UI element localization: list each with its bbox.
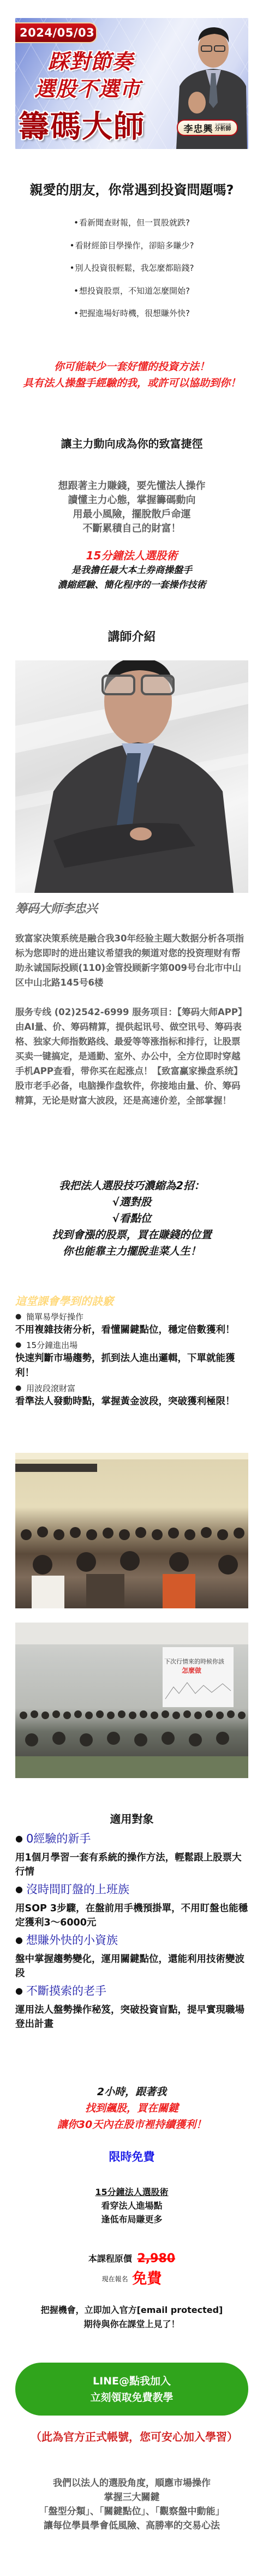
audience-item-label: ● 不斷摸索的老手 [15, 1982, 248, 2000]
skill-line: 是我擔任最大本土券商操盤手 [15, 563, 248, 578]
intro-question: 想投資股票，不知道怎麼開始? [15, 285, 248, 296]
two-moves-line: √看點位 [15, 1211, 248, 1227]
bullet-icon: ● [15, 1982, 26, 2000]
closing-line: 「盤型分類」、「關鍵點位」、「觀察盤中動能」 [15, 2505, 248, 2519]
price-block: 本課程原價 2,980 現在報名 免費 [15, 2252, 248, 2288]
original-price-row: 本課程原價 2,980 [15, 2252, 248, 2265]
audience-item-title: 想賺外快的小資族 [26, 1931, 118, 1949]
date-badge: 2024/05/03 [15, 22, 97, 43]
teacher-caption: 筹码大师李忠兴 [15, 899, 248, 916]
screen-title: 下次行情來的時候你該 [164, 1657, 225, 1665]
bullet-icon: ● [15, 1311, 26, 1323]
intro-callout-line: 你可能缺少一套好懂的投資方法！ [15, 359, 248, 375]
shortcut-line: 用最小風險，擺脫散戶命運 [15, 508, 248, 522]
banner-title-line2: 選股不選市 [34, 77, 141, 101]
learn-section: 這堂課會學到的訣竅 ● 簡單易學好操作 不用複雜技術分析，看懂關鍵點位，穩定倍數… [15, 1292, 248, 1411]
line-join-button-line1: LINE@點我加入 [93, 2373, 171, 2389]
bullet-icon: ● [15, 1931, 26, 1949]
official-account-notice: （此為官方正式帳號，您可安心加入學習） [22, 2429, 247, 2445]
learn-item-title: 用波段滾財富 [26, 1382, 75, 1394]
line-join-button[interactable]: LINE@點我加入 立刻領取免費教學 [15, 2363, 248, 2416]
course-summary: 15分鐘法人選股術 看穿法人進場點 逢低布局賺更多 [15, 2185, 248, 2226]
analyst-name: 李忠興 [183, 121, 213, 135]
skill-title: 15分鐘法人選股術 [15, 548, 248, 563]
intro-callout: 你可能缺少一套好懂的投資方法！ 具有法人操盤手經驗的我，或許可以協助到你！ [15, 359, 248, 391]
closing-paragraph: 我們以法人的選股角度，順應市場操作 掌握三大關鍵 「盤型分類」、「關鍵點位」、「… [15, 2476, 248, 2533]
skill-block: 15分鐘法人選股術 是我擔任最大本土券商操盤手 濃縮經驗、簡化程序的一套操作技術 [15, 548, 248, 593]
closing-line: 我們以法人的選股角度，順應市場操作 [15, 2476, 248, 2490]
cta-line: 找到飆股，買在關鍵 [15, 2100, 248, 2116]
two-moves-line: 我把法人選股技巧濃縮為2招： [15, 1178, 248, 1194]
teacher-portrait-icon [15, 660, 248, 893]
teacher-heading: 講師介紹 [15, 628, 248, 645]
learn-item-desc: 不用複雜技術分析，看懂關鍵點位，穩定倍數獲利！ [15, 1323, 248, 1338]
course-title: 15分鐘法人選股術 [15, 2185, 248, 2199]
learn-item-desc: 看準法人發動時點，掌握黃金波段，突破獲利極限！ [15, 1394, 248, 1409]
join-text: 把握機會，立即加入官方[email protected] 期待與你在課堂上見了！ [15, 2303, 248, 2331]
shortcut-paragraph: 想跟著主力賺錢，要先懂法人操作 讀懂主力心態，掌握籌碼動向 用最小風險，擺脫散戶… [15, 479, 248, 536]
skill-line: 濃縮經驗、簡化程序的一套操作技術 [15, 578, 248, 593]
audience-item-desc: 用1個月學習一套有系統的操作方法，輕鬆跟上股票大行情 [15, 1851, 248, 1879]
shortcut-line: 讀懂主力心態，掌握籌碼動向 [15, 493, 248, 508]
join-line: 期待與你在課堂上見了！ [15, 2317, 248, 2331]
course-line: 逢低布局賺更多 [15, 2213, 248, 2226]
banner-title-line1: 踩對節奏 [48, 50, 133, 74]
screen-subtitle: 怎麼做 [182, 1666, 201, 1674]
shortcut-line: 想跟著主力賺錢，要先懂法人操作 [15, 479, 248, 493]
bullet-icon: ● [15, 1382, 26, 1394]
bullet-icon: ● [15, 1881, 26, 1898]
intro-question-list: 看新聞查財報，但一買股就跌? 看財經節目學操作，卻賠多賺少? 別人投資很輕鬆，我… [15, 217, 248, 331]
intro-callout-line: 具有法人操盤手經驗的我，或許可以協助到你！ [15, 375, 248, 392]
original-price: 2,980 [138, 2252, 176, 2265]
audience-item-label: ● 0經驗的新手 [15, 1830, 248, 1847]
lecture-hall-photo: 下次行情來的時候你該 怎麼做 [15, 1623, 248, 1778]
teacher-photo [15, 660, 248, 893]
course-line: 看穿法人進場點 [15, 2199, 248, 2213]
analyst-title: 永誠國際投顧 分析師 [214, 124, 231, 132]
learn-heading: 這堂課會學到的訣竅 [15, 1292, 248, 1310]
bio-paragraph: 服务专线 (02)2542-6999 服务项目：【筹码大师APP】由AI量、价、… [15, 1005, 248, 1108]
cta-line: 讓你30天內在股市裡持續獲利！ [15, 2116, 248, 2133]
audience-item-title: 0經驗的新手 [26, 1830, 91, 1847]
intro-question: 把握進場好時機，很想賺外快? [15, 308, 248, 319]
intro-question: 看新聞查財報，但一買股就跌? [15, 217, 248, 228]
current-price-label: 現在報名 [102, 2275, 128, 2283]
cta-line: 2小時，跟著我 [15, 2084, 248, 2100]
hero-banner: 2024/05/03 踩對節奏 選股不選市 籌碼大師 李忠興 永誠國際投顧 分析… [15, 18, 248, 149]
current-price: 免費 [132, 2270, 162, 2287]
closing-line: 掌握三大關鍵 [15, 2490, 248, 2505]
shortcut-heading: 讓主力動向成為你的致富捷徑 [15, 435, 248, 451]
original-price-label: 本課程原價 [88, 2253, 132, 2264]
audience-item-label: ● 沒時間盯盤的上班族 [15, 1881, 248, 1898]
analyst-role: 分析師 [214, 127, 231, 132]
learn-item-label: ● 用波段滾財富 [15, 1382, 248, 1394]
join-line: 把握機會，立即加入官方[email protected] [15, 2303, 248, 2317]
bio-paragraph: 致富家决策系统是融合我30年经验主题大数据分析各项指标为您即时的进出建议希望我的… [15, 931, 248, 990]
bullet-icon: ● [15, 1830, 26, 1847]
two-moves-line: 找到會漲的股票，買在賺錢的位置 [15, 1227, 248, 1243]
intro-question: 看財經節目學操作，卻賠多賺少? [15, 240, 248, 251]
lecture-hall-icon: 下次行情來的時候你該 怎麼做 [15, 1623, 248, 1778]
learn-item-title: 簡單易學好操作 [26, 1311, 83, 1323]
audience-item-title: 沒時間盯盤的上班族 [26, 1881, 129, 1898]
audience-item-desc: 盤中掌握趨勢變化，運用關鍵點位，還能利用技術變波段 [15, 1952, 248, 1981]
audience-heading: 適用對象 [15, 1810, 248, 1828]
learn-item-desc: 快速判斷市場趨勢，抓到法人進出邏輯，下單就能獲利！ [15, 1351, 248, 1381]
line-join-button-line2: 立刻領取免費教學 [90, 2389, 173, 2406]
learn-item-label: ● 簡單易學好操作 [15, 1311, 248, 1323]
learn-item-title: 15分鐘進出場 [26, 1339, 77, 1351]
teacher-bio: 致富家决策系统是融合我30年经验主题大数据分析各项指标为您即时的进出建议希望我的… [15, 931, 248, 1108]
limited-free-label: 限時免費 [15, 2148, 248, 2164]
two-moves-line: 你也能靠主力擺脫韭菜人生！ [15, 1243, 248, 1260]
shortcut-line: 不斷累積自己的財富！ [15, 522, 248, 536]
analyst-name-tag: 李忠興 永誠國際投顧 分析師 [177, 120, 238, 136]
audience-item-label: ● 想賺外快的小資族 [15, 1931, 248, 1949]
banner-title-line3: 籌碼大師 [19, 110, 145, 145]
intro-heading: 親愛的朋友，你常遇到投資問題嗎? [15, 181, 248, 199]
bullet-icon: ● [15, 1339, 26, 1351]
audience-item-desc: 用SOP 3步驟，在盤前用手機預掛單，不用盯盤也能穩定獲利3～6000元 [15, 1901, 248, 1930]
learn-item-label: ● 15分鐘進出場 [15, 1339, 248, 1351]
current-price-row: 現在報名 免費 [15, 2267, 248, 2288]
cta-promise: 2小時，跟著我 找到飆股，買在關鍵 讓你30天內在股市裡持續獲利！ [15, 2084, 248, 2133]
lecture-audience-photo [15, 1453, 248, 1608]
audience-crowd-icon [15, 1453, 248, 1608]
two-moves-block: 我把法人選股技巧濃縮為2招： √選對股 √看點位 找到會漲的股票，買在賺錢的位置… [15, 1178, 248, 1260]
intro-question: 別人投資很輕鬆，我怎麼都賠錢? [15, 263, 248, 273]
audience-section: 適用對象 ● 0經驗的新手 用1個月學習一套有系統的操作方法，輕鬆跟上股票大行情… [15, 1810, 248, 2031]
audience-item-title: 不斷摸索的老手 [26, 1982, 106, 2000]
two-moves-line: √選對股 [15, 1194, 248, 1211]
audience-item-desc: 運用法人盤勢操作秘笈，突破投資盲點，提早實現職場登出計畫 [15, 2003, 248, 2031]
closing-line: 讓每位學員學會低風險、高勝率的交易心法 [15, 2519, 248, 2533]
